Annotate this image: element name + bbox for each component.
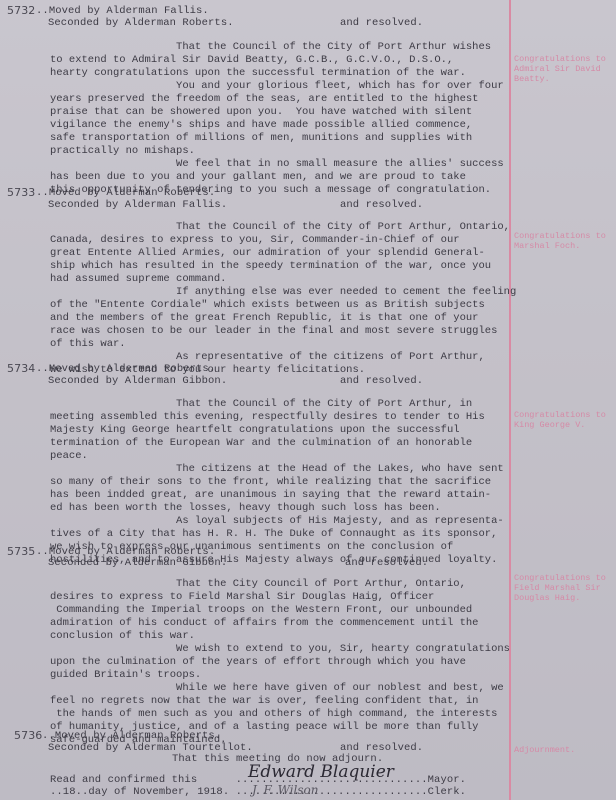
text-line: The citizens at the Head of the Lakes, w… [50,463,520,476]
text-line: That the Council of the City of Port Art… [50,41,520,54]
minute-number: 5735 [7,546,35,558]
resolved: and resolved. [340,199,423,211]
text-line: That the Council of the City of Port Art… [50,221,520,234]
text-line: That the Council of the City of Port Art… [50,398,520,411]
text-line: praise that can be showered upon you. Yo… [50,106,520,119]
minute-text: That the Council of the City of Port Art… [50,398,520,567]
text-line: We wish to extend to you, Sir, hearty co… [50,643,520,656]
text-line: had assumed supreme command. [50,273,520,286]
margin-note: Adjournment. [514,745,614,755]
text-line: of the "Entente Cordiale" which exists b… [50,299,520,312]
text-line: peace. [50,450,520,463]
text-line: admiration of his conduct of affairs fro… [50,617,520,630]
text-line: That the City Council of Port Arthur, On… [50,578,520,591]
text-line: ed has been worth the losses, heavy thou… [50,502,520,515]
text-line: Majesty King George heartfelt congratula… [50,424,520,437]
seconded-by: Seconded by Alderman Gibbon. [48,557,227,569]
text-line: ship which has resulted in the speedy te… [50,260,520,273]
text-line: If anything else was ever needed to ceme… [50,286,520,299]
seconded-by: Seconded by Alderman Gibbon. [48,375,227,387]
text-line: Canada, desires to express to you, Sir, … [50,234,520,247]
margin-note: Congratulations to King George V. [514,410,614,430]
minute-number: 5732 [7,5,35,17]
text-line: has been due to you and your gallant men… [50,171,520,184]
margin-note: Congratulations to Field Marshal Sir Dou… [514,573,614,603]
text-line: meeting assembled this evening, respectf… [50,411,520,424]
text-line: the hands of men such as you and others … [50,708,520,721]
text-line: tives of a City that has H. R. H. The Du… [50,528,520,541]
resolved: and resolved. [345,557,428,569]
text-line: to extend to Admiral Sir David Beatty, G… [50,54,520,67]
text-line: has been indded great, are unanimous in … [50,489,520,502]
text-line: You and your glorious fleet, which has f… [50,80,520,93]
minute-text: That the Council of the City of Port Art… [50,41,520,197]
text-line: safe transportation of millions of men, … [50,132,520,145]
seconded-by: Seconded by Alderman Roberts. [48,17,234,29]
text-line: Commanding the Imperial troops on the We… [50,604,520,617]
text-line: great Entente Allied Armies, our admirat… [50,247,520,260]
mayor-signature: Edward Blaquier [248,762,394,782]
margin-note: Congratulations to Admiral Sir David Bea… [514,54,614,84]
text-line: termination of the European War and the … [50,437,520,450]
moved-by: ..Moved by Alderman Roberts. [42,730,221,742]
minute-number: 5736 [14,730,42,742]
text-line: practically no mishaps. [50,145,520,158]
text-line: years preserved the freedom of the seas,… [50,93,520,106]
seconded-by: Seconded by Alderman Fallis. [48,199,227,211]
text-line: race was chosen to be our leader in the … [50,325,520,338]
minute-number: 5734 [7,363,35,375]
text-line: guided Britain's troops. [50,669,520,682]
text-line: As loyal subjects of His Majesty, and as… [50,515,520,528]
text-line: vigilance the enemy's ships and have mad… [50,119,520,132]
minute-number: 5733 [7,187,35,199]
resolved: and resolved. [340,17,423,29]
clerk-signature: J. F. Wilson [252,783,319,797]
resolved: and resolved. [340,375,423,387]
moved-by: ..Moved by Alderman Roberts. [36,363,215,375]
moved-by: ..Moved by Alderman Roberts. [36,187,215,199]
minute-text: That the City Council of Port Arthur, On… [50,578,520,747]
text-line: hearty congratulations upon the successf… [50,67,520,80]
text-line: and the members of the great French Repu… [50,312,520,325]
minutes-page: 5732 ..Moved by Alderman Fallis. Seconde… [0,0,616,800]
text-line: desires to express to Field Marshal Sir … [50,591,520,604]
margin-note: Congratulations to Marshal Foch. [514,231,614,251]
text-line: We feel that in no small measure the all… [50,158,520,171]
moved-by: ..Moved by Alderman Fallis. [36,5,209,17]
text-line: of this war. [50,338,520,351]
text-line: conclusion of this war. [50,630,520,643]
minute-text: That the Council of the City of Port Art… [50,221,520,377]
text-line: so many of their sons to the front, whil… [50,476,520,489]
text-line: upon the culmination of the years of eff… [50,656,520,669]
text-line: While we here have given of our noblest … [50,682,520,695]
text-line: feel no regrets now that the war is over… [50,695,520,708]
